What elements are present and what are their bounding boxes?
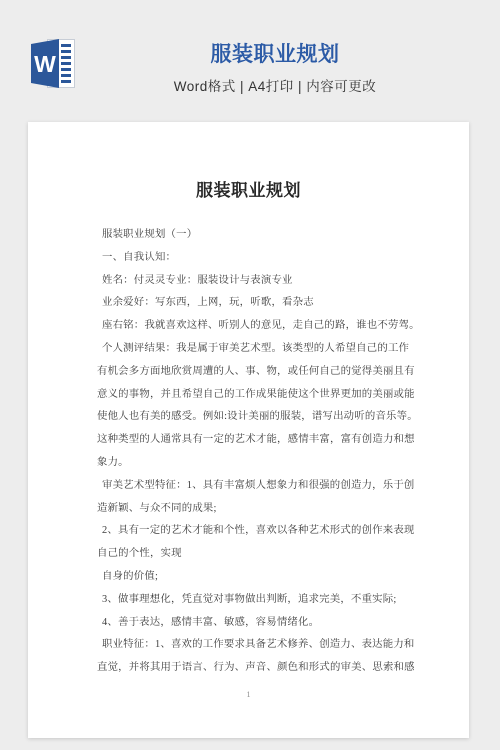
format-subtitle: Word格式 | A4打印 | 内容可更改 [50, 75, 500, 95]
doc-line: 职业特征：1、喜欢的工作要求具备艺术修养、创造力、表达能力和 [97, 634, 413, 657]
document-page-preview: 服装职业规划 服装职业规划（一）一、自我认知：姓名：付灵灵专业：服装设计与表演专… [28, 122, 469, 738]
doc-line: 一、自我认知： [97, 247, 413, 270]
document-title: 服装职业规划 [28, 176, 469, 201]
doc-line: 审美艺术型特征：1、具有丰富烦人想象力和很强的创造力，乐于创 [97, 475, 413, 498]
doc-line: 象力。 [97, 452, 413, 475]
doc-line: 这种类型的人通常具有一定的艺术才能，感情丰富，富有创造力和想 [97, 429, 413, 452]
doc-line: 自身的价值; [97, 566, 413, 589]
page-title: 服装职业规划 [50, 42, 500, 68]
doc-line: 直觉，并将其用于语言、行为、声音、颜色和形式的审美、思索和感 [97, 657, 413, 680]
doc-line: 3、做事理想化，凭直觉对事物做出判断，追求完美，不重实际; [97, 589, 413, 612]
doc-line: 意义的事物，并且希望自己的工作成果能使这个世界更加的美丽或能 [97, 384, 413, 407]
doc-line: 业余爱好：写东西，上网，玩，听歌，看杂志 [97, 292, 413, 315]
doc-line: 造新颖、与众不同的成果; [97, 498, 413, 521]
doc-line: 2、具有一定的艺术才能和个性，喜欢以各种艺术形式的创作来表现 [97, 520, 413, 543]
doc-line: 座右铭：我就喜欢这样、听别人的意见，走自己的路，谁也不劳驾。 [97, 315, 413, 338]
document-body: 服装职业规划（一）一、自我认知：姓名：付灵灵专业：服装设计与表演专业业余爱好：写… [97, 224, 413, 680]
doc-line: 有机会多方面地欣赏周遭的人、事、物，或任何自己的觉得美丽且有 [97, 361, 413, 384]
doc-line: 4、善于表达，感情丰富、敏感，容易情绪化。 [97, 612, 413, 635]
header: W 服装职业规划 Word格式 | A4打印 | 内容可更改 [0, 0, 500, 122]
header-text-block: 服装职业规划 Word格式 | A4打印 | 内容可更改 [50, 42, 500, 95]
doc-line: 使他人也有美的感受。例如:设计美丽的服装，谱写出动听的音乐等。 [97, 406, 413, 429]
doc-line: 服装职业规划（一） [97, 224, 413, 247]
doc-line: 自己的个性，实现 [97, 543, 413, 566]
page-root: W 服装职业规划 Word格式 | A4打印 | 内容可更改 服装职业规划 服装… [0, 0, 500, 750]
doc-line: 个人测评结果：我是属于审美艺术型。该类型的人希望自己的工作 [97, 338, 413, 361]
page-number: 1 [28, 690, 469, 699]
doc-line: 姓名：付灵灵专业：服装设计与表演专业 [97, 270, 413, 293]
